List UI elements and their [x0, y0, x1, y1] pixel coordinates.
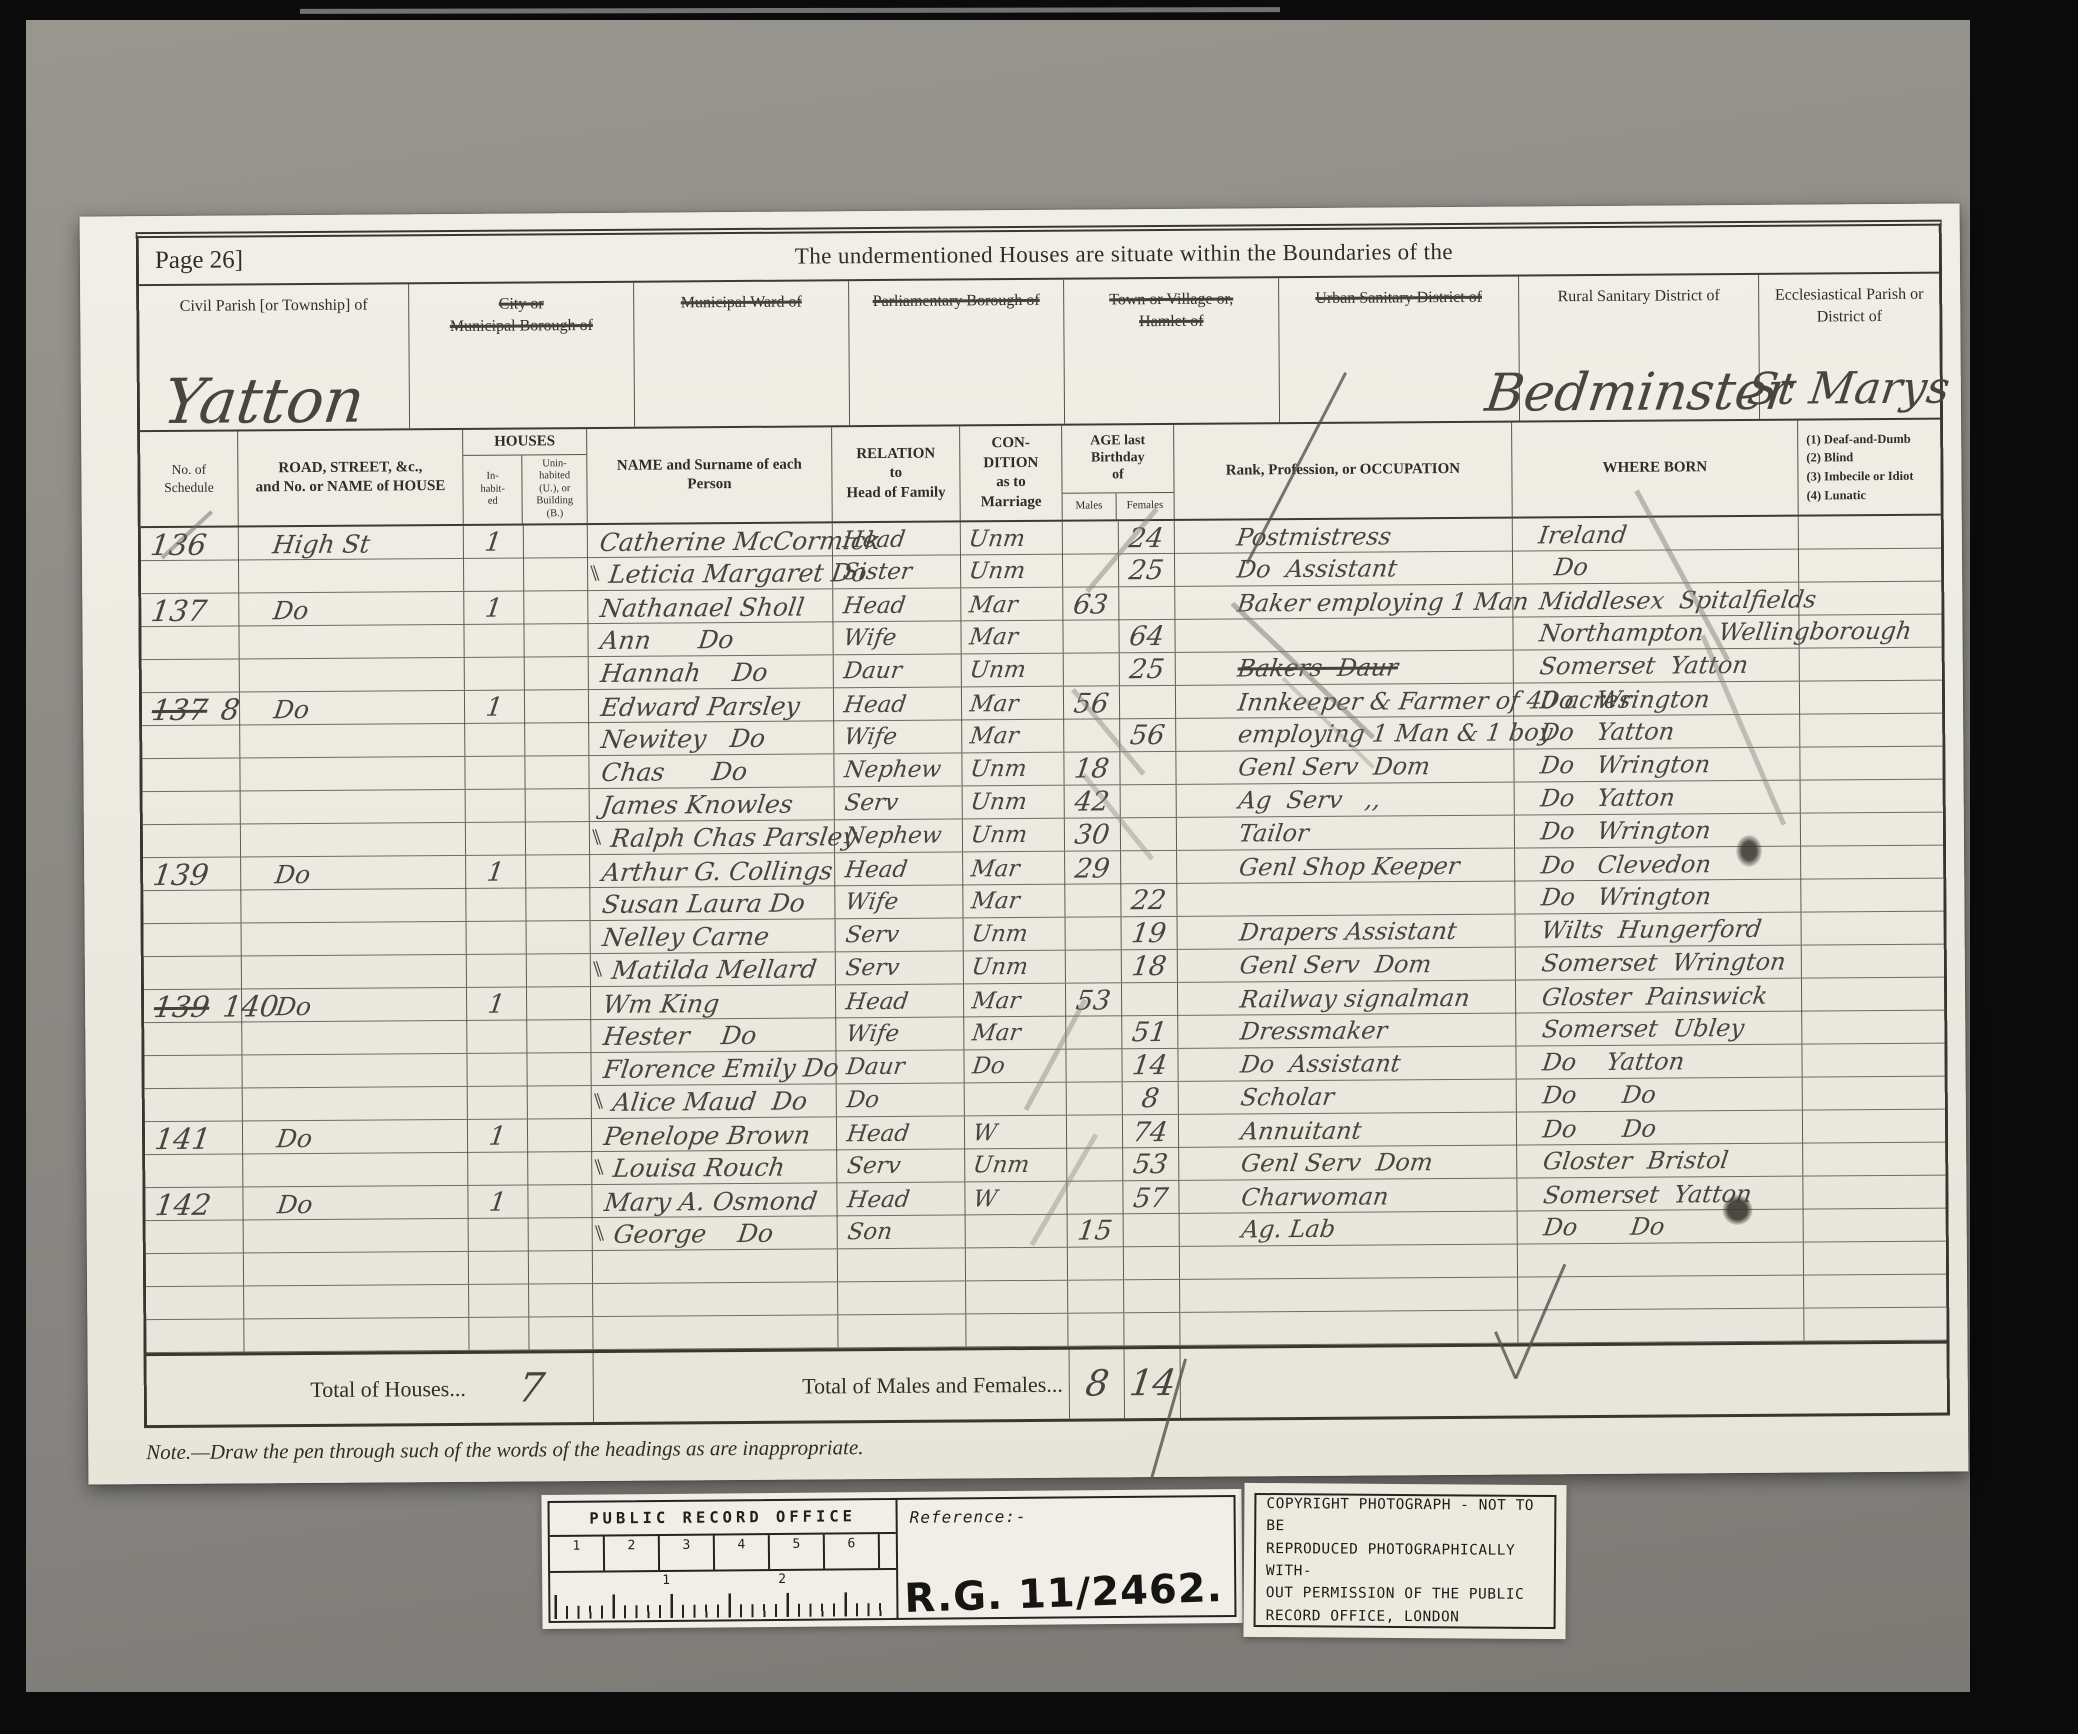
cell-age-female [1120, 752, 1176, 784]
cell-inhabited [469, 1251, 529, 1283]
total-males-value: 8 [1083, 1363, 1111, 1404]
cell-occupation: employing 1 Man & 1 boy [1176, 717, 1514, 751]
cell-age-female: 64 [1119, 620, 1175, 652]
cell-name: \\Ralph Chas Parsley [590, 820, 835, 854]
district-label: Town or Village or, Hamlet of [1070, 288, 1272, 333]
cell-schedule: 141 [145, 1121, 243, 1156]
col-inhabited: In- habit- ed [463, 455, 523, 523]
cell-schedule: 139140 [144, 989, 242, 1024]
schedule-value: 137 [149, 594, 209, 628]
cm-cell: 3 [660, 1536, 715, 1570]
cell-condition [966, 1248, 1068, 1281]
enumerator-mark: \\ [593, 1088, 599, 1115]
cell-relation-text: Daur [845, 1054, 906, 1080]
cell-condition: Mar [964, 984, 1066, 1019]
cell-name: \\Alice Maud Do [592, 1084, 837, 1118]
cell-inhabited [467, 954, 527, 986]
cell-age-female: 22 [1121, 884, 1177, 916]
cell-uninhabited [529, 1218, 593, 1250]
cell-schedule [146, 1253, 244, 1286]
cell-disability [1804, 1275, 1946, 1308]
cell-age-male-text: 63 [1072, 589, 1110, 620]
cell-uninhabited [527, 1020, 591, 1052]
cell-inhabited: 1 [464, 591, 524, 625]
cell-name [593, 1315, 838, 1349]
cell-where-born: Do Do [1517, 1078, 1803, 1112]
cell-disability [1804, 1308, 1946, 1341]
public-record-office-stamp: PUBLIC RECORD OFFICE 123456 1 2 Referenc… [541, 1489, 1242, 1629]
cell-condition: Unm [963, 786, 1065, 819]
cell-uninhabited [527, 1053, 591, 1085]
cell-condition: Unm [962, 753, 1064, 786]
district-label: Parliamentary Borough of [855, 290, 1057, 313]
cell-age-female [1124, 1214, 1180, 1246]
district-label: Municipal Ward of [640, 291, 842, 314]
cell-road-text: Do [275, 1123, 314, 1152]
cell-where-born: Ireland [1513, 517, 1799, 553]
cell-age-female: 19 [1122, 917, 1178, 949]
schedule-value: 136 [149, 528, 209, 562]
cell-condition: Unm [961, 555, 1063, 588]
cell-inhabited [467, 1053, 527, 1085]
cell-uninhabited [524, 624, 588, 656]
cell-condition-text: W [971, 1120, 998, 1146]
cell-schedule [142, 725, 240, 758]
cm-cell: 4 [715, 1535, 770, 1569]
cell-inhabited-text: 1 [484, 594, 505, 624]
cell-disability [1803, 1077, 1945, 1110]
cm-cell: 5 [770, 1535, 825, 1569]
cell-uninhabited [529, 1317, 593, 1349]
cell-disability [1802, 1011, 1944, 1044]
cell-road [243, 1087, 468, 1121]
cell-name: Ann Do [588, 622, 833, 656]
cell-where-born-text: Middlesex Spitalfields [1537, 585, 1818, 615]
cell-where-born [1518, 1276, 1804, 1310]
cm-label: 2 [627, 1538, 635, 1570]
cell-uninhabited [524, 525, 588, 559]
cell-relation: Wife [835, 885, 963, 918]
cell-occupation-text: employing 1 Man & 1 boy [1236, 718, 1554, 748]
cell-relation-text: Serv [846, 1153, 903, 1179]
district-cell: City or Municipal Borough of [409, 283, 635, 429]
cell-uninhabited [528, 1152, 592, 1184]
cell-condition-text: Mar [969, 723, 1021, 749]
cell-uninhabited [527, 987, 591, 1021]
cell-where-born [1518, 1309, 1804, 1343]
cell-where-born: Wilts Hungerford [1516, 913, 1802, 947]
photographed-census-page: Page 26] The undermentioned Houses are s… [0, 0, 2078, 1734]
cell-road-text: Do [276, 1189, 315, 1218]
cell-road [241, 790, 466, 824]
col-houses-title: HOUSES [463, 429, 586, 456]
cell-relation: Head [837, 1182, 965, 1217]
cell-schedule: 139 [143, 857, 241, 892]
cell-uninhabited [526, 822, 590, 854]
cell-condition: W [965, 1116, 1067, 1151]
census-form-table: Page 26] The undermentioned Houses are s… [136, 220, 1950, 1429]
cell-age-female: 51 [1122, 1016, 1178, 1048]
cell-road: High St [239, 526, 464, 562]
cell-age-female-text: 74 [1131, 1116, 1169, 1147]
schedule-value: 8 [219, 692, 242, 726]
cell-schedule [143, 791, 241, 824]
cell-uninhabited [528, 1185, 592, 1219]
cell-road [242, 1054, 467, 1088]
cell-uninhabited [524, 558, 588, 590]
cell-age-male: 18 [1064, 752, 1120, 784]
cell-occupation-text: Genl Serv Dom [1238, 950, 1433, 979]
cell-inhabited [467, 921, 527, 953]
cell-age-male-text: 42 [1073, 786, 1111, 817]
cell-where-born-text: Do Do [1542, 1213, 1667, 1242]
cell-disability [1802, 1044, 1944, 1077]
col-schedule: No. of Schedule [140, 431, 239, 526]
cell-name: Hester Do [591, 1018, 836, 1052]
cell-condition: Unm [964, 918, 1066, 951]
cell-relation: Wife [836, 1017, 964, 1050]
cell-where-born: Do [1513, 550, 1799, 584]
cell-occupation: Innkeeper & Farmer of 40 acres [1176, 684, 1514, 720]
cell-schedule [143, 890, 241, 923]
cell-schedule [144, 1022, 242, 1055]
cell-condition: W [965, 1182, 1067, 1217]
cell-age-female-text: 24 [1127, 523, 1165, 554]
cell-relation-text: Daur [842, 658, 903, 684]
cell-where-born: Do Yatton [1514, 715, 1800, 749]
cell-occupation-text: Ag. Lab [1240, 1215, 1337, 1244]
cell-road [243, 1153, 468, 1187]
cell-condition: Mar [963, 852, 1065, 887]
cell-age-female [1121, 818, 1177, 850]
cell-inhabited-text: 1 [483, 528, 504, 558]
cell-road [241, 889, 466, 923]
cell-uninhabited [525, 756, 589, 788]
cell-schedule: 142 [145, 1187, 243, 1222]
cell-road-text: Do [273, 859, 312, 888]
census-sheet: Page 26] The undermentioned Houses are s… [80, 203, 1969, 1484]
cell-disability [1801, 846, 1943, 881]
cell-age-female [1122, 983, 1178, 1017]
cell-age-male: 56 [1064, 686, 1120, 720]
district-label: Civil Parish [or Township] of [145, 294, 402, 317]
cell-disability [1802, 945, 1944, 978]
cell-inhabited [465, 756, 525, 788]
cell-road-text: Do [272, 694, 311, 723]
cell-name: Edward Parsley [589, 688, 834, 724]
cell-condition: Mar [962, 720, 1064, 753]
cell-disability [1804, 1209, 1946, 1242]
cell-age-female-text: 22 [1130, 884, 1168, 915]
cell-relation-text: Head [844, 989, 910, 1015]
schedule-struck: 139 [152, 990, 212, 1024]
cell-road [242, 1021, 467, 1055]
cell-occupation-text: Bakers Daur [1236, 653, 1400, 682]
cell-age-female: 25 [1120, 653, 1176, 685]
schedule-value: 140 [221, 989, 281, 1023]
cell-relation: Head [833, 588, 961, 623]
schedule-value: 141 [153, 1122, 213, 1156]
cell-schedule [144, 923, 242, 956]
district-value: St Marys [1744, 358, 1944, 419]
cell-inhabited-text: 1 [485, 858, 506, 888]
cell-relation-text: Head [846, 1187, 912, 1213]
ink-blot [1722, 1195, 1752, 1225]
cell-where-born-text: Do Wrington [1539, 816, 1712, 845]
film-edge-sliver [300, 7, 1280, 14]
cell-age-male-text: 56 [1072, 688, 1110, 719]
cell-road [239, 625, 464, 659]
cell-occupation [1177, 882, 1515, 916]
district-value: Yatton [134, 359, 414, 445]
cell-inhabited [469, 1284, 529, 1316]
cm-label: 3 [682, 1538, 690, 1570]
district-header-row: Civil Parish [or Township] ofYattonCity … [139, 274, 1940, 433]
cell-relation: Daur [834, 654, 962, 687]
cell-occupation-text: Genl Serv Dom [1239, 1148, 1434, 1177]
cell-age-female-text: 51 [1131, 1016, 1169, 1047]
cell-where-born: Gloster Painswick [1516, 979, 1802, 1015]
cell-relation [838, 1281, 966, 1314]
enumerator-mark: \\ [592, 824, 598, 851]
cell-age-female-text: 56 [1128, 719, 1166, 750]
cell-name: \\Louisa Rouch [592, 1150, 837, 1184]
cell-road [240, 658, 465, 692]
cell-condition: Unm [964, 951, 1066, 984]
enumerator-mark: \\ [590, 560, 596, 587]
cell-age-female: 53 [1123, 1148, 1179, 1180]
cell-relation: Sister [833, 555, 961, 588]
cell-age-male [1067, 1115, 1123, 1149]
cell-where-born: Do Yatton [1515, 781, 1801, 815]
cell-age-female-text: 25 [1128, 654, 1166, 685]
cell-uninhabited [525, 690, 589, 724]
cell-where-born: Do Wrington [1514, 748, 1800, 782]
cell-where-born-text: Somerset Yatton [1542, 1180, 1754, 1209]
cell-condition-text: W [972, 1186, 999, 1212]
pro-stamp-frame: PUBLIC RECORD OFFICE 123456 1 2 Referenc… [547, 1495, 1236, 1623]
col-age-males: Males [1063, 493, 1117, 519]
cell-occupation-text: Annuitant [1239, 1117, 1363, 1146]
cell-age-male: 30 [1065, 818, 1121, 850]
cell-relation: Do [837, 1083, 965, 1116]
cell-age-male: 42 [1065, 785, 1121, 817]
cell-inhabited: 1 [464, 525, 524, 559]
inch-label-1: 1 [662, 1573, 670, 1588]
cell-age-female [1124, 1247, 1180, 1279]
cell-road-text: Do [271, 595, 310, 624]
cell-age-female: 24 [1119, 521, 1175, 555]
cell-age-female: 25 [1119, 554, 1175, 586]
col-condition: CON- DITION as to Marriage [960, 426, 1063, 521]
cell-name: Wm King [591, 985, 836, 1021]
name-value: Nelley Carne [601, 921, 771, 951]
cell-name: Penelope Brown [592, 1117, 837, 1153]
cell-relation [838, 1314, 966, 1347]
col-name: NAME and Surname of each Person [587, 427, 833, 523]
cell-relation-text: Nephew [843, 823, 943, 850]
district-cell: Civil Parish [or Township] ofYatton [139, 284, 410, 430]
cell-occupation: Ag. Lab [1180, 1212, 1518, 1246]
ink-blot [1736, 835, 1762, 867]
cell-schedule [145, 1154, 243, 1187]
inch-label-2: 2 [778, 1572, 786, 1587]
cell-uninhabited [526, 855, 590, 889]
cell-occupation-text: Genl Shop Keeper [1237, 852, 1461, 882]
cm-cell: 6 [825, 1534, 880, 1568]
pro-title: PUBLIC RECORD OFFICE [549, 1500, 895, 1537]
cell-occupation-text: Postmistress [1235, 522, 1393, 551]
cell-age-female [1124, 1280, 1180, 1312]
cell-relation: Nephew [834, 753, 962, 786]
cell-condition-text: Mar [970, 888, 1022, 914]
cell-condition: Unm [965, 1149, 1067, 1182]
cell-age-male-text: 18 [1073, 753, 1111, 784]
cell-relation: Serv [836, 951, 964, 984]
pro-ruler-block: PUBLIC RECORD OFFICE 123456 1 2 [549, 1500, 898, 1621]
cell-condition-text: Mar [968, 592, 1020, 618]
cell-disability [1803, 1110, 1945, 1145]
cell-inhabited: 1 [468, 1119, 528, 1153]
cell-where-born-text: Do Do [1541, 1081, 1658, 1110]
cell-relation: Nephew [835, 819, 963, 852]
cell-relation-text: Nephew [843, 757, 943, 784]
name-value: Penelope Brown [602, 1120, 812, 1150]
cell-occupation-text: Railway signalman [1238, 984, 1471, 1014]
cell-disability [1801, 912, 1943, 945]
cell-occupation-text: Baker employing 1 Man [1235, 587, 1530, 617]
cell-age-female: 74 [1123, 1115, 1179, 1149]
cell-age-male [1067, 1082, 1123, 1114]
cm-label: 4 [737, 1537, 745, 1569]
cell-relation: Serv [835, 786, 963, 819]
col-uninhabited: Unin- habited (U.), or Building (B.) [523, 455, 587, 523]
total-males-cell: 8 [1069, 1349, 1125, 1418]
cell-age-female [1119, 587, 1175, 621]
cell-name [593, 1282, 838, 1316]
cell-occupation-text: Genl Serv Dom [1237, 752, 1432, 781]
cell-occupation: Scholar [1179, 1080, 1517, 1114]
cell-condition: Do [964, 1050, 1066, 1083]
cell-where-born [1518, 1243, 1804, 1277]
cell-age-male [1067, 1148, 1123, 1180]
schedule-struck: 137 [150, 693, 210, 727]
cell-road-text: Do [274, 991, 313, 1020]
district-cell: Town or Village or, Hamlet of [1064, 278, 1280, 423]
cell-inhabited: 1 [467, 987, 527, 1021]
cell-age-female-text: 53 [1131, 1148, 1169, 1179]
cell-where-born: Somerset Wrington [1516, 946, 1802, 980]
cell-inhabited [466, 822, 526, 854]
cell-road [244, 1252, 469, 1286]
district-label: Rural Sanitary District of [1525, 285, 1752, 308]
cell-disability [1803, 1143, 1945, 1176]
cell-inhabited: 1 [466, 855, 526, 889]
cell-age-female-text: 64 [1128, 621, 1166, 652]
cell-schedule: 136 [141, 527, 239, 562]
pro-reference-block: Reference:- R.G. 11/2462. [897, 1497, 1234, 1618]
cell-where-born-text: Somerset Ubley [1540, 1014, 1746, 1043]
cm-label: 6 [847, 1536, 855, 1568]
cell-occupation [1180, 1278, 1518, 1312]
cell-relation: Daur [836, 1050, 964, 1083]
col-age-females: Females [1116, 493, 1174, 519]
cell-age-male: 63 [1063, 587, 1119, 621]
district-cell: Ecclesiastical Parish or District ofSt M… [1759, 274, 1940, 419]
cell-road [240, 724, 465, 758]
cell-inhabited-text: 1 [486, 990, 507, 1020]
cell-inhabited-text: 1 [487, 1122, 508, 1152]
cell-road [244, 1219, 469, 1253]
cm-stub [880, 1534, 896, 1568]
cell-disability [1802, 978, 1944, 1013]
cell-inhabited [466, 789, 526, 821]
cell-name: Catherine McCormick [588, 523, 833, 559]
cell-age-female: 14 [1122, 1049, 1178, 1081]
cell-age-male: 29 [1065, 851, 1121, 885]
cell-relation-text: Do [845, 1087, 881, 1113]
cell-occupation: Do Assistant [1178, 1047, 1516, 1081]
district-cell: Municipal Ward of [634, 281, 850, 426]
cell-disability [1801, 780, 1943, 813]
cell-condition-text: Unm [969, 822, 1028, 848]
cell-relation: Head [836, 984, 964, 1019]
cell-age-female [1120, 686, 1176, 720]
name-value: Hester Do [601, 1020, 758, 1050]
cell-disability [1801, 879, 1943, 912]
cell-occupation-text: Do Assistant [1235, 554, 1399, 583]
cell-uninhabited [525, 723, 589, 755]
cell-disability [1801, 813, 1943, 846]
cell-relation: Serv [837, 1149, 965, 1182]
cm-cell: 1 [550, 1537, 605, 1571]
cell-name: Nelley Carne [591, 919, 836, 953]
cell-condition-text: Unm [968, 657, 1027, 683]
cell-occupation: Genl Serv Dom [1178, 948, 1516, 982]
total-houses-value: 7 [515, 1365, 547, 1411]
cell-condition-text: Mar [970, 988, 1022, 1014]
cell-relation-text: Serv [843, 790, 900, 816]
cell-where-born-text: Ireland [1537, 521, 1629, 550]
cell-uninhabited [528, 1086, 592, 1118]
cell-disability [1799, 549, 1941, 582]
cell-inhabited [467, 1020, 527, 1052]
cell-age-male: 53 [1066, 983, 1122, 1017]
cell-age-male [1066, 1049, 1122, 1081]
census-rows: 136High St1Catherine McCormickHeadUnm24P… [141, 516, 1947, 1354]
cell-uninhabited [526, 789, 590, 821]
cell-age-male [1064, 719, 1120, 751]
name-value: Matilda Mellard [610, 954, 819, 984]
cell-occupation [1180, 1311, 1518, 1345]
name-value: James Knowles [600, 789, 795, 819]
cell-age-male [1066, 950, 1122, 982]
cell-disability [1800, 648, 1942, 681]
cell-occupation: Postmistress [1175, 519, 1513, 555]
copyright-frame: COPYRIGHT PHOTOGRAPH - NOT TO BE REPRODU… [1254, 1493, 1557, 1629]
cell-occupation-text: Dressmaker [1238, 1016, 1389, 1045]
cm-cell: 2 [605, 1536, 660, 1570]
cell-occupation: Charwoman [1179, 1179, 1517, 1215]
cell-age-female: 56 [1120, 719, 1176, 751]
name-value: Hannah Do [599, 657, 770, 687]
cell-where-born: Somerset Yatton [1514, 649, 1800, 683]
name-value: Alice Maud Do [611, 1086, 809, 1116]
cell-condition-text: Unm [970, 921, 1029, 947]
name-value: Catherine McCormick [598, 525, 882, 556]
cell-where-born: Somerset Ubley [1516, 1012, 1802, 1046]
cell-age-female [1121, 785, 1177, 817]
